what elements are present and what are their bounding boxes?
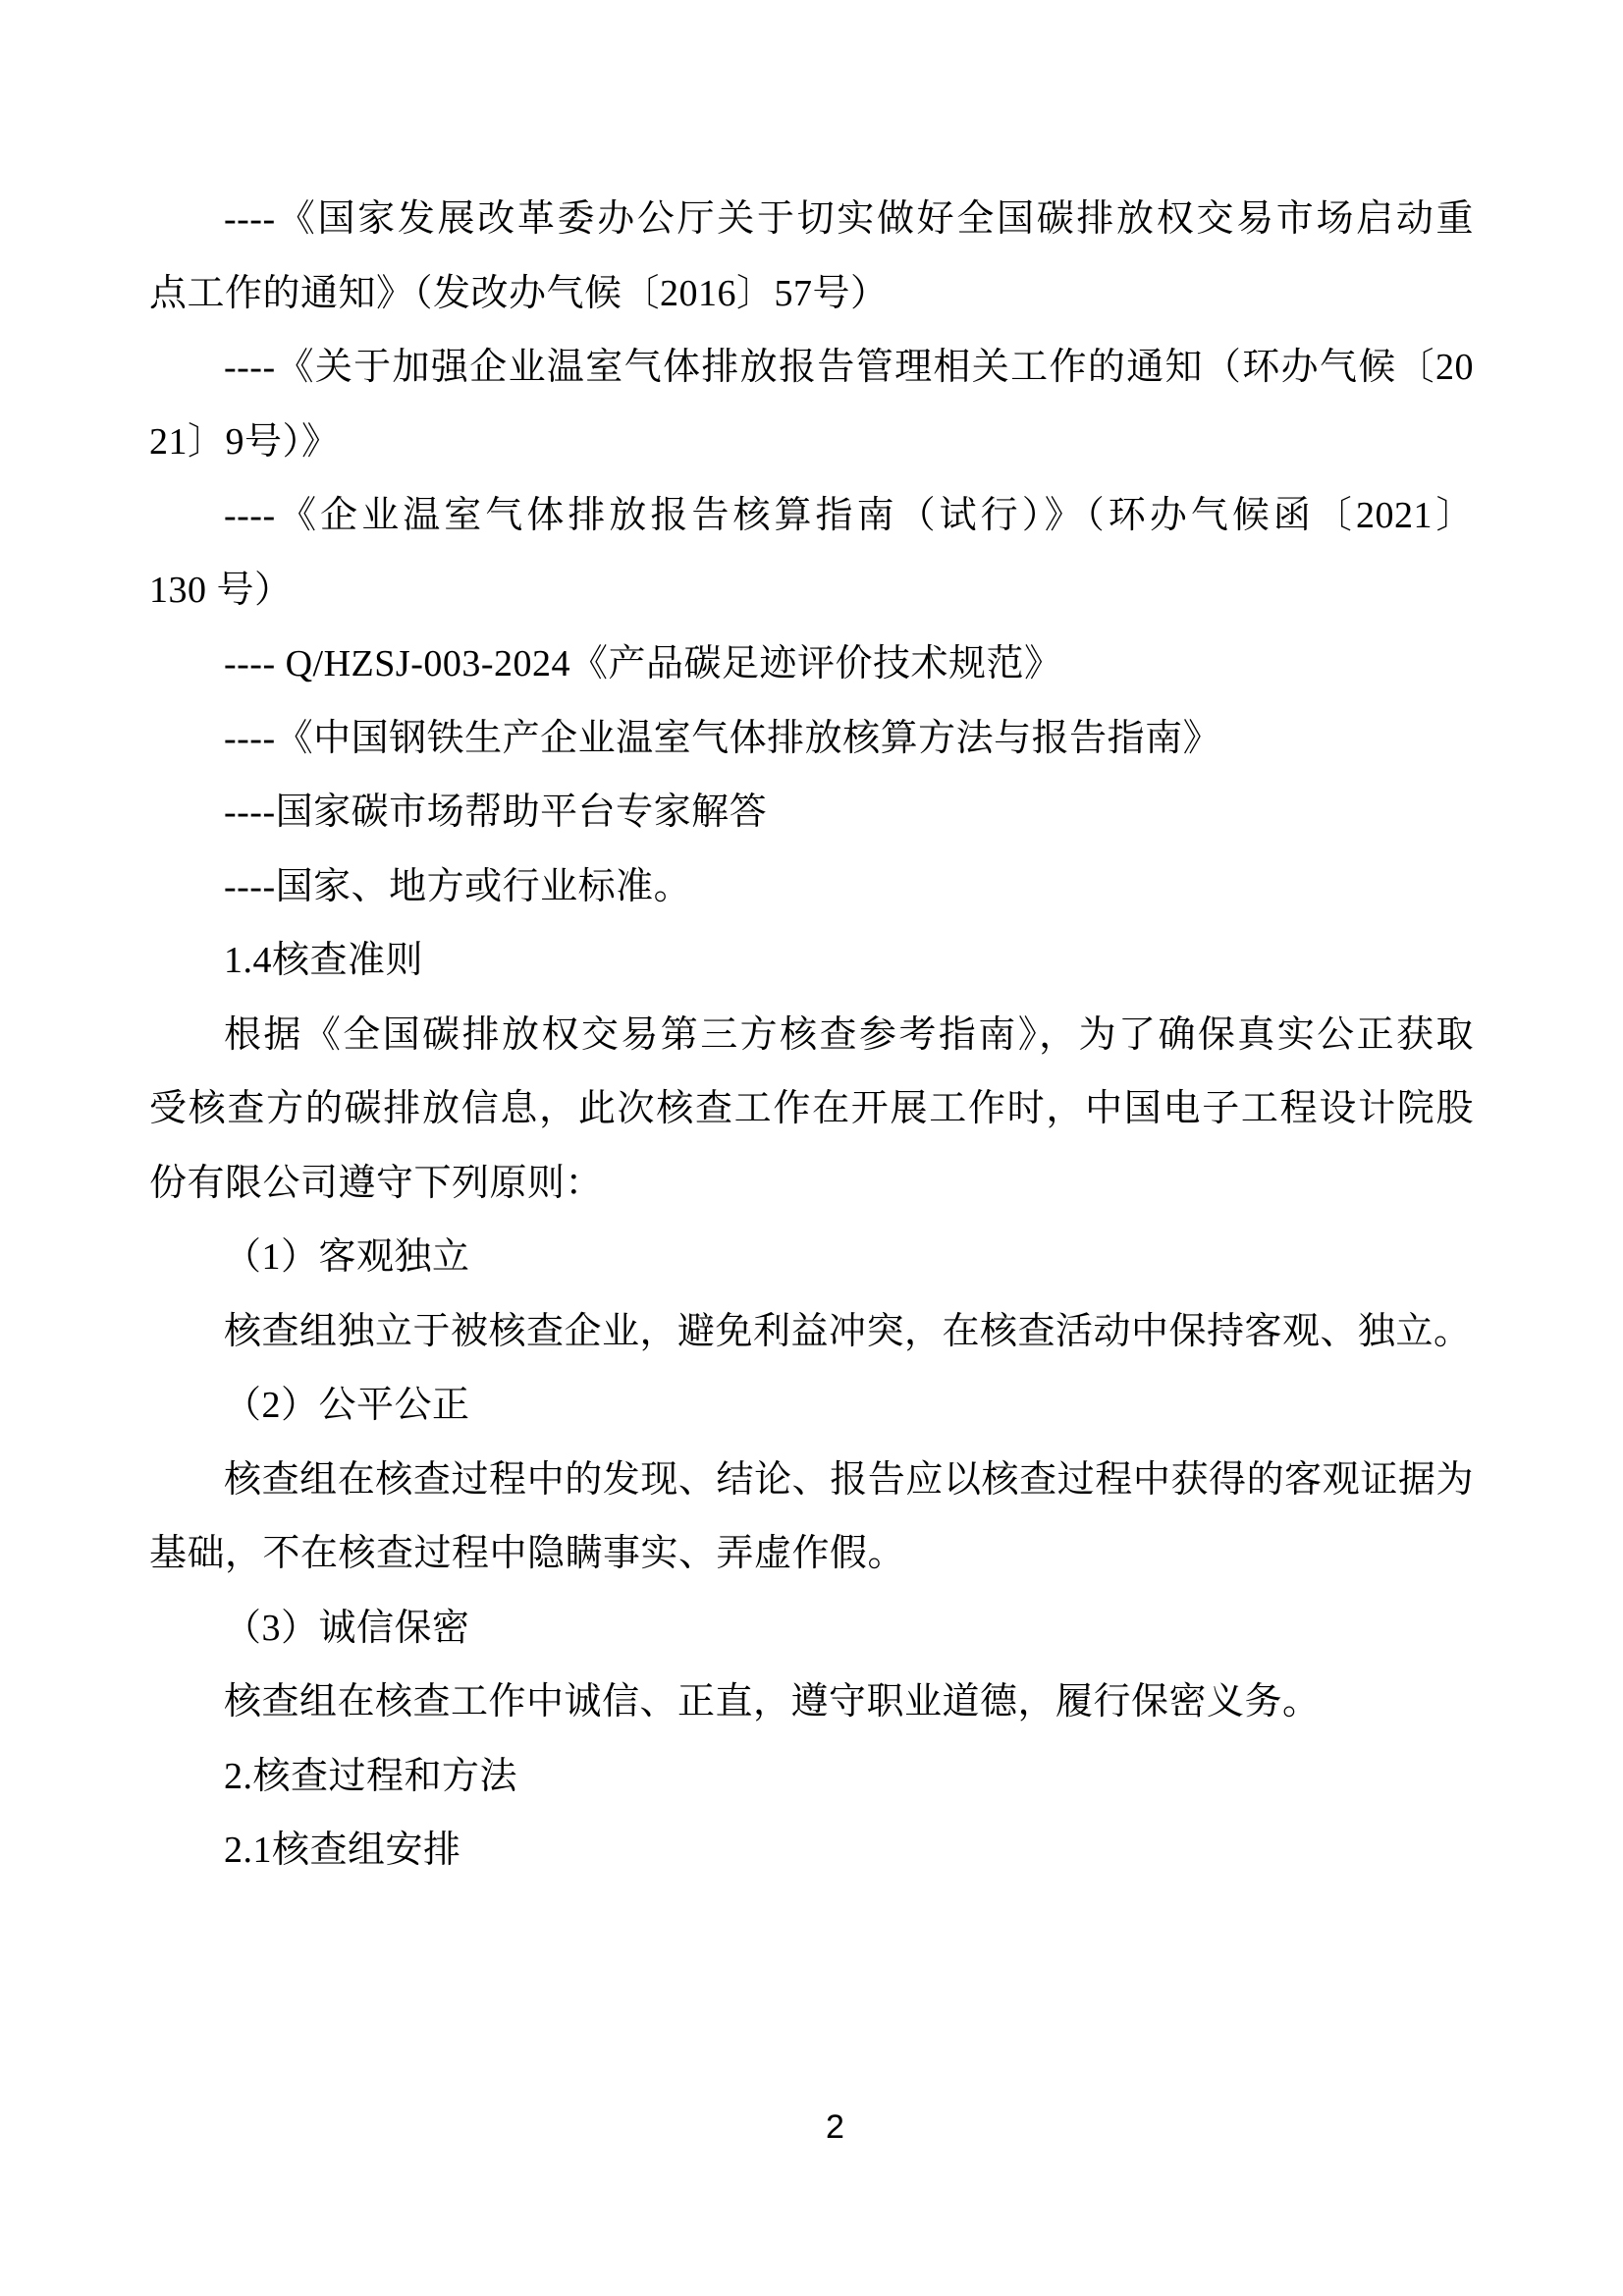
doc-line-paragraph: 核查组独立于被核查企业，避免利益冲突，在核查活动中保持客观、独立。 [149,1295,1474,1370]
doc-principle-heading-1: （1）客观独立 [149,1221,1474,1295]
doc-line-reference: ----《国家发展改革委办公厅关于切实做好全国碳排放权交易市场启动重 [149,183,1474,257]
doc-heading-1-4: 1.4核查准则 [149,924,1474,999]
doc-line-reference: 130 号） [149,554,1474,629]
doc-line-reference: ----国家、地方或行业标准。 [149,850,1474,925]
doc-line-paragraph: 根据《全国碳排放权交易第三方核查参考指南》，为了确保真实公正获取 [149,999,1474,1073]
doc-line-paragraph: 核查组在核查工作中诚信、正直，遵守职业道德，履行保密义务。 [149,1666,1474,1740]
document-page: ----《国家发展改革委办公厅关于切实做好全国碳排放权交易市场启动重 点工作的通… [0,0,1623,2296]
doc-line-reference: ----《中国钢铁生产企业温室气体排放核算方法与报告指南》 [149,702,1474,777]
doc-heading-2: 2.核查过程和方法 [149,1740,1474,1815]
doc-line-paragraph: 份有限公司遵守下列原则： [149,1147,1474,1222]
doc-line-reference: 21〕9号）》 [149,406,1474,480]
doc-line-reference: ----国家碳市场帮助平台专家解答 [149,776,1474,850]
doc-heading-2-1: 2.1核查组安排 [149,1814,1474,1888]
doc-line-reference: ----《关于加强企业温室气体排放报告管理相关工作的通知（环办气候〔20 [149,331,1474,406]
page-number: 2 [47,2107,1623,2147]
doc-line-reference: ----《企业温室气体排放报告核算指南（试行）》（环办气候函〔2021〕 [149,479,1474,554]
doc-principle-heading-2: （2）公平公正 [149,1369,1474,1444]
doc-line-reference: ---- Q/HZSJ-003-2024《产品碳足迹评价技术规范》 [149,628,1474,702]
doc-line-paragraph: 受核查方的碳排放信息，此次核查工作在开展工作时，中国电子工程设计院股 [149,1072,1474,1147]
doc-line-paragraph: 核查组在核查过程中的发现、结论、报告应以核查过程中获得的客观证据为 [149,1444,1474,1518]
page-body-text: ----《国家发展改革委办公厅关于切实做好全国碳排放权交易市场启动重 点工作的通… [149,183,1474,1888]
doc-line-reference: 点工作的通知》（发改办气候〔2016〕57号） [149,257,1474,332]
doc-line-paragraph: 基础，不在核查过程中隐瞒事实、弄虚作假。 [149,1517,1474,1592]
doc-principle-heading-3: （3）诚信保密 [149,1592,1474,1667]
